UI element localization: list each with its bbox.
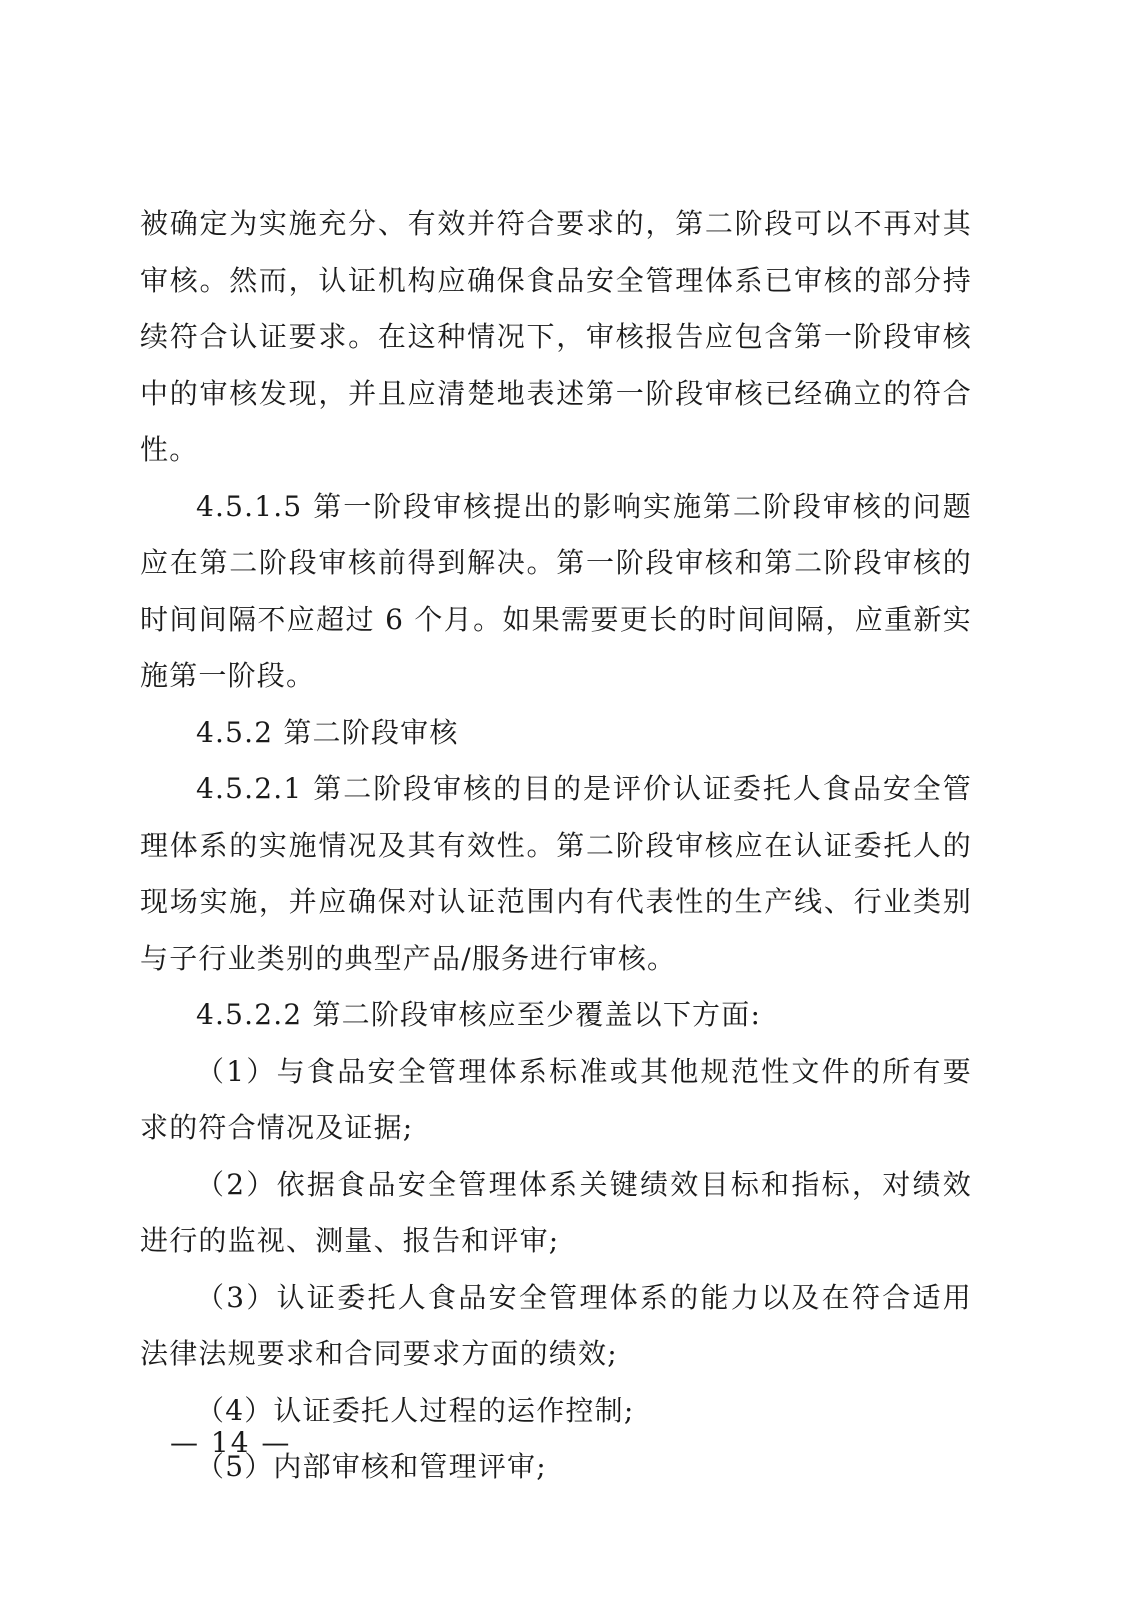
document-body: 被确定为实施充分、有效并符合要求的，第二阶段可以不再对其审核。然而，认证机构应确… [140, 196, 972, 1496]
list-item-3: （3）认证委托人食品安全管理体系的能力以及在符合适用法律法规要求和合同要求方面的… [140, 1270, 972, 1383]
paragraph-continuation: 被确定为实施充分、有效并符合要求的，第二阶段可以不再对其审核。然而，认证机构应确… [140, 196, 972, 479]
paragraph-4-5-2-2: 4.5.2.2 第二阶段审核应至少覆盖以下方面: [140, 987, 972, 1044]
page-number: — 14 — [170, 1426, 291, 1459]
paragraph-4-5-1-5: 4.5.1.5 第一阶段审核提出的影响实施第二阶段审核的问题应在第二阶段审核前得… [140, 479, 972, 705]
section-heading-4-5-2: 4.5.2 第二阶段审核 [140, 705, 972, 762]
paragraph-4-5-2-1: 4.5.2.1 第二阶段审核的目的是评价认证委托人食品安全管理体系的实施情况及其… [140, 761, 972, 987]
list-item-2: （2）依据食品安全管理体系关键绩效目标和指标，对绩效进行的监视、测量、报告和评审… [140, 1157, 972, 1270]
list-item-1: （1）与食品安全管理体系标准或其他规范性文件的所有要求的符合情况及证据; [140, 1044, 972, 1157]
